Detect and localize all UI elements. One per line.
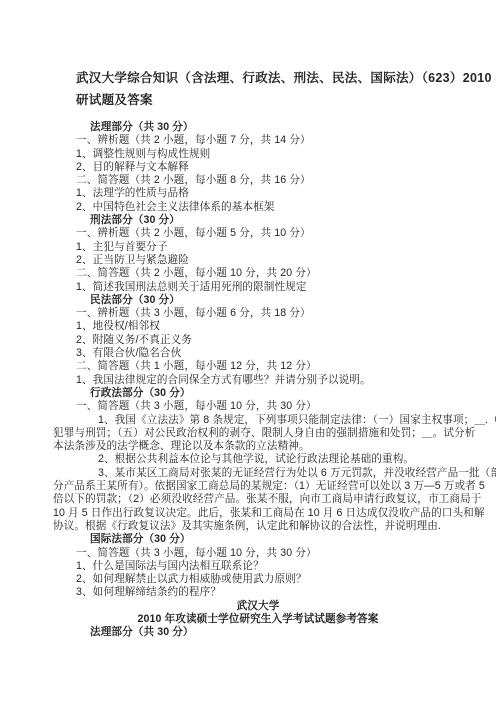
doc-line-header: 民法部分（30 分）	[53, 294, 445, 307]
doc-line-item: 1、我国法律规定的合同保全方式有哪些？并请分别予以说明。	[53, 374, 445, 387]
doc-line-para-start: 1、我国《立法法》第 8 条规定，下列事项只能制定法律：（一）国家主权事项；＿.…	[53, 414, 445, 427]
doc-line-header: 国际法部分（30 分）	[53, 533, 445, 546]
doc-line-para-start: 3、某市某区工商局对张某的无证经营行为处以 6 万元罚款，并没收经营产品一批（部	[53, 467, 445, 480]
doc-line-item: 1、地役权/相邻权	[53, 320, 445, 333]
doc-line-item: 二、简答题（共 2 小题，每小题 8 分，共 16 分）	[53, 174, 445, 187]
doc-line-item: 2、附随义务/不真正义务	[53, 334, 445, 347]
doc-line-item: 2、正当防卫与紧急避险	[53, 254, 445, 267]
doc-line-item: 3、有限合伙/隐名合伙	[53, 347, 445, 360]
doc-line-item: 一、辨析题（共 3 小题，每小题 6 分，共 18 分）	[53, 307, 445, 320]
doc-line-item: 3、如何理解缔结条约的程序？	[53, 586, 445, 599]
document-title-line-1: 武汉大学综合知识（含法理、行政法、刑法、民法、国际法）（623）2010 年考	[76, 68, 476, 90]
doc-line-item: 二、简答题（共 1 小题，每小题 12 分，共 12 分）	[53, 360, 445, 373]
doc-line-item: 二、简答题（共 2 小题，每小题 10 分，共 20 分）	[53, 267, 445, 280]
doc-line-header: 行政法部分（30 分）	[53, 387, 445, 400]
doc-line-header: 法理部分（共 30 分）	[53, 626, 445, 639]
doc-line-item: 一、简答题（共 3 小题，每小题 10 分，共 30 分）	[53, 400, 445, 413]
doc-line-item: 一、辨析题（共 2 小题，每小题 7 分，共 14 分）	[53, 134, 445, 147]
doc-line-item: 1、主犯与首要分子	[53, 241, 445, 254]
doc-line-item: 一、辨析题（共 2 小题，每小题 5 分，共 10 分）	[53, 227, 445, 240]
doc-line-para-start: 2、根据公共利益本位论与其他学说，试论行政法理论基础的重构。	[53, 453, 445, 466]
document-body: 法理部分（共 30 分）一、辨析题（共 2 小题，每小题 7 分，共 14 分）…	[53, 121, 445, 640]
doc-line-item: 1、简述我国刑法总则关于适用死刑的限制性规定	[53, 281, 445, 294]
document-title-line-2: 研试题及答案	[76, 90, 476, 112]
document-title: 武汉大学综合知识（含法理、行政法、刑法、民法、国际法）（623）2010 年考 …	[76, 68, 476, 111]
doc-line-para-cont: 协议。根据《行政复议法》及其实施条例，认定此和解协议的合法性，并说明理由.	[53, 520, 445, 533]
doc-line-item: 1、什么是国际法与国内法相互联系论？	[53, 560, 445, 573]
doc-line-item: 1、法理学的性质与品格	[53, 187, 445, 200]
doc-line-para-cont: 本法条涉及的法学概念、理论以及本条款的立法精神。	[53, 440, 445, 453]
doc-line-item: 1、调整性规则与构成性规则	[53, 148, 445, 161]
doc-line-item: 2、如何理解禁止以武力相威胁或使用武力原则？	[53, 573, 445, 586]
doc-line-para-cont: 犯罪与刑罚；（五）对公民政治权利的剥夺、限制人身自由的强制措施和处罚；＿。试分析	[53, 427, 445, 440]
doc-line-header: 刑法部分（30 分）	[53, 214, 445, 227]
doc-line-item: 2、中国特色社会主义法律体系的基本框架	[53, 201, 445, 214]
document-page: 武汉大学综合知识（含法理、行政法、刑法、民法、国际法）（623）2010 年考 …	[0, 0, 496, 702]
doc-line-header: 法理部分（共 30 分）	[53, 121, 445, 134]
doc-line-para-cont: 分产品系王某所有）。依据国家工商总局的某规定：（1）无证经营可以处以 3 万—5…	[53, 480, 445, 493]
doc-line-para-cont: 倍以下的罚款；（2）必须没收经营产品。张某不服，向市工商局申请行政复议，市工商局…	[53, 493, 445, 506]
doc-line-center: 2010 年攻读硕士学位研究生入学考试试题参考答案	[53, 613, 445, 626]
doc-line-center: 武汉大学	[53, 600, 445, 613]
doc-line-para-cont: 10 月 5 日作出行政复议决定。此后，张某和工商局在 10 月 6 日达成仅没…	[53, 507, 445, 520]
doc-line-item: 2、目的解释与文本解释	[53, 161, 445, 174]
doc-line-item: 一、简答题（共 3 小题，每小题 10 分，共 30 分）	[53, 547, 445, 560]
